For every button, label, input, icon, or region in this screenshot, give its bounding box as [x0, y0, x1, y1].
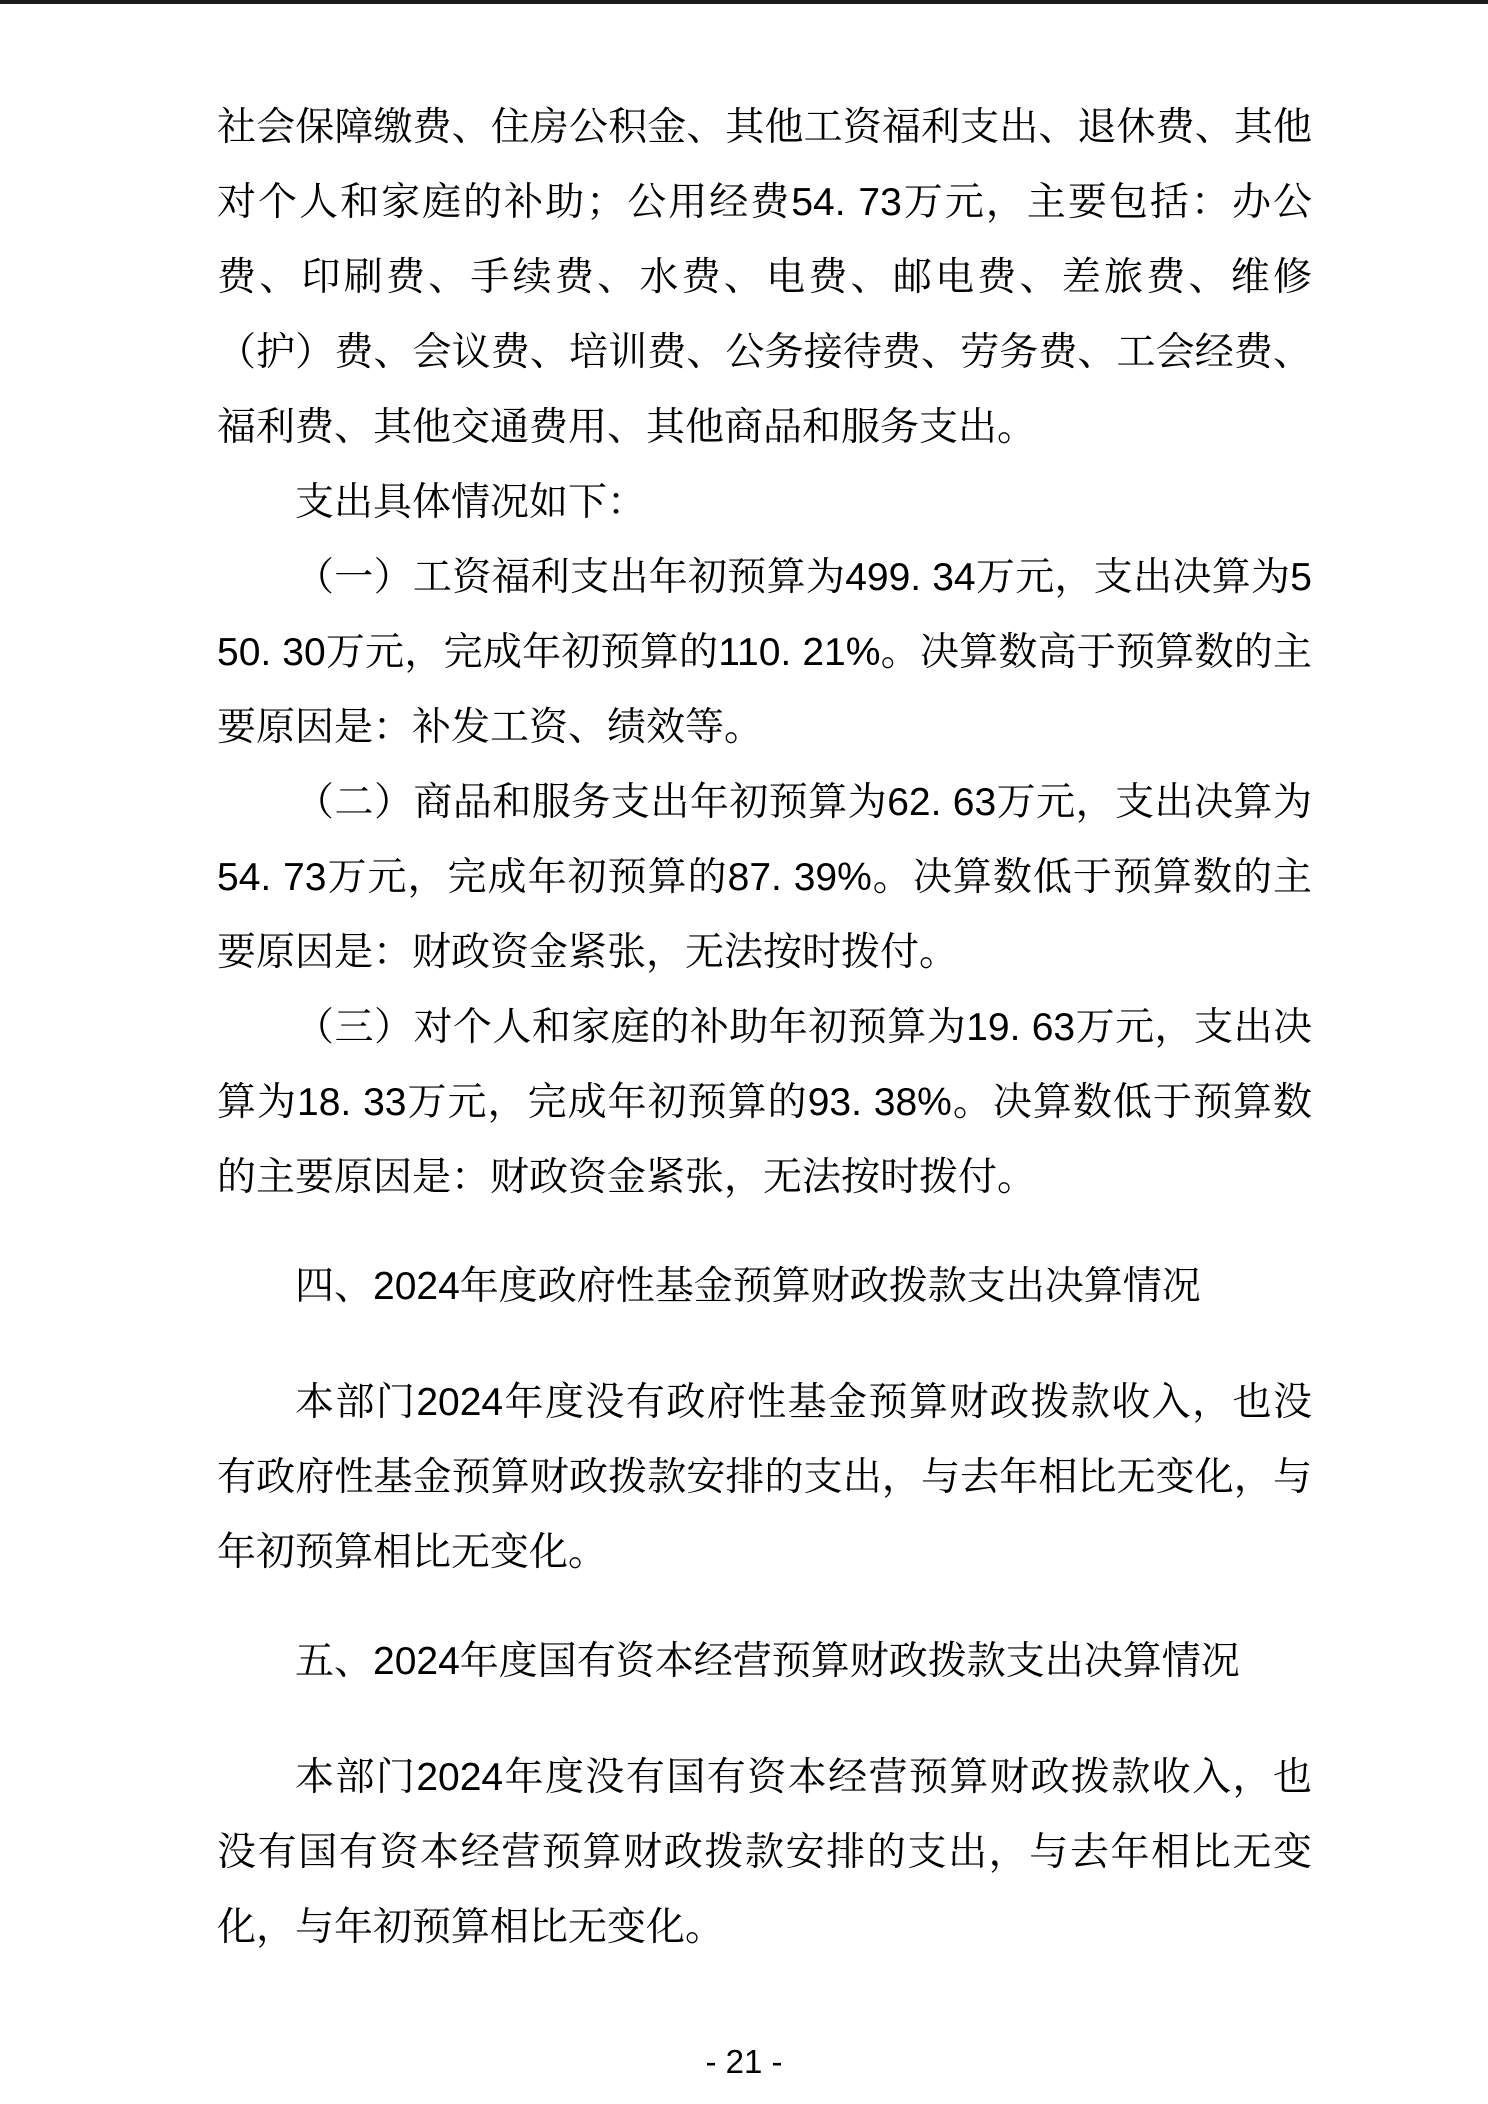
- paragraph-section-5-body: 本部门2024年度没有国有资本经营预算财政拨款收入，也没有国有资本经营预算财政拨…: [217, 1740, 1312, 1965]
- document-page: 社会保障缴费、住房公积金、其他工资福利支出、退休费、其他对个人和家庭的补助；公用…: [0, 0, 1488, 2104]
- section-5-heading-state-capital-budget: 五、2024年度国有资本经营预算财政拨款支出决算情况: [217, 1624, 1312, 1699]
- paragraph-expense-categories: 社会保障缴费、住房公积金、其他工资福利支出、退休费、其他对个人和家庭的补助；公用…: [217, 90, 1312, 465]
- paragraph-item-3-individual-family-subsidy: （三）对个人和家庭的补助年初预算为19. 63万元，支出决算为18. 33万元，…: [217, 990, 1312, 1215]
- document-body: 社会保障缴费、住房公积金、其他工资福利支出、退休费、其他对个人和家庭的补助；公用…: [217, 90, 1312, 1965]
- page-footer: - 21 -: [0, 2040, 1488, 2084]
- page-top-edge: [0, 0, 1488, 4]
- section-4-heading-government-fund-budget: 四、2024年度政府性基金预算财政拨款支出决算情况: [217, 1249, 1312, 1324]
- paragraph-section-4-body: 本部门2024年度没有政府性基金预算财政拨款收入，也没有政府性基金预算财政拨款安…: [217, 1365, 1312, 1590]
- paragraph-item-1-salary-welfare: （一）工资福利支出年初预算为499. 34万元，支出决算为550. 30万元，完…: [217, 540, 1312, 765]
- page-number: - 21 -: [705, 2043, 782, 2080]
- paragraph-expense-detail-intro: 支出具体情况如下：: [217, 465, 1312, 540]
- paragraph-item-2-goods-services: （二）商品和服务支出年初预算为62. 63万元，支出决算为54. 73万元，完成…: [217, 765, 1312, 990]
